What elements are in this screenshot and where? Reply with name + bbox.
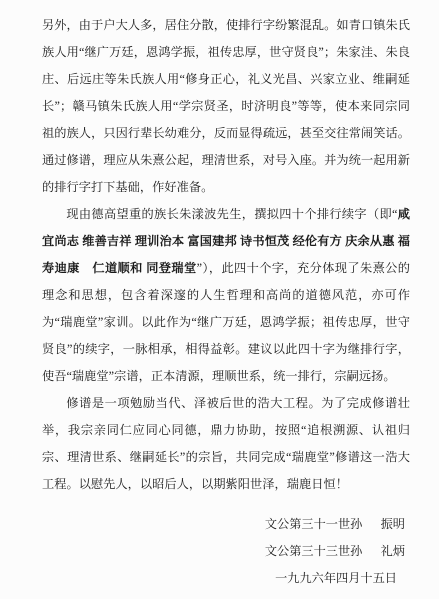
paragraph-closing-appeal: 修谱是一项勉励当代、泽被后世的浩大工程。为了完成修谱壮举，我宗亲同仁应同心同德，… <box>42 390 410 498</box>
signature-block: 文公第三十一世孙振明 文公第三十三世孙礼炳 一九九六年四月十五日 <box>42 511 410 592</box>
signature-row: 文公第三十三世孙礼炳 <box>42 538 410 565</box>
signer-title: 文公第三十三世孙 <box>265 544 363 558</box>
document-page: 另外，由于户大人多，居住分散，使排行字纷繁混乱。如青口镇朱氏族人用“继广万廷，恩… <box>0 0 439 599</box>
document-date: 一九九六年四月十五日 <box>275 571 397 585</box>
signer-title: 文公第三十一世孙 <box>265 517 363 531</box>
date-line: 一九九六年四月十五日 <box>42 565 410 592</box>
signer-name: 礼炳 <box>381 538 405 565</box>
paragraph-generation-poem-lead: 现由德高望重的族长朱漾波先生，撰拟四十个排行续字（即“ <box>66 207 397 221</box>
paragraph-generation-poem: 现由德高望重的族长朱漾波先生，撰拟四十个排行续字（即“咸宜尚志 维善吉祥 理训治… <box>42 201 410 390</box>
signature-row: 文公第三十一世孙振明 <box>42 511 410 538</box>
paragraph-ranking-confusion: 另外，由于户大人多，居住分散，使排行字纷繁混乱。如青口镇朱氏族人用“继广万廷，恩… <box>42 12 410 201</box>
paragraph-generation-poem-tail: ”），此四十个字，充分体现了朱熹公的理念和思想，包含着深邃的人生哲理和高尚的道德… <box>42 261 410 383</box>
signer-name: 振明 <box>381 511 405 538</box>
